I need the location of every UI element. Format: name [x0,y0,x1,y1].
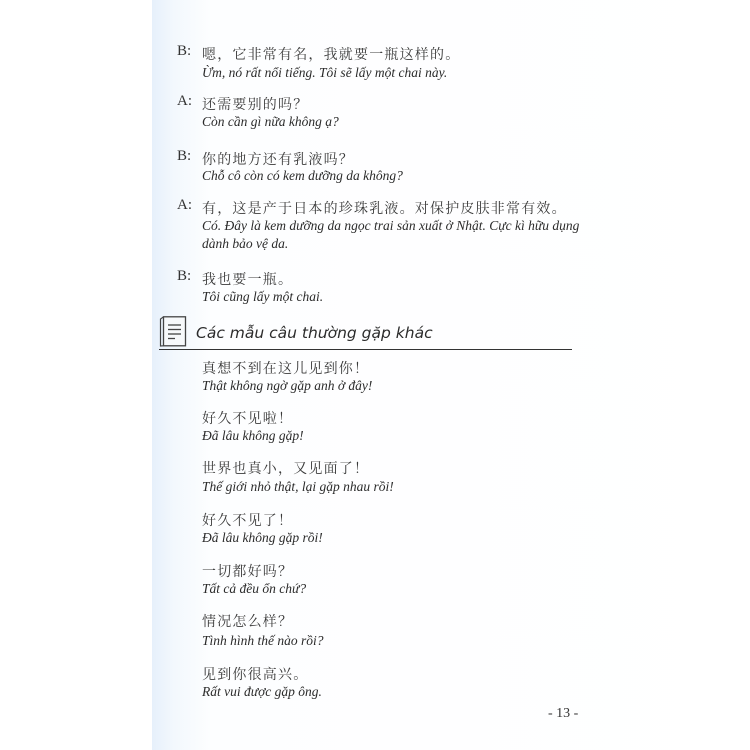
chinese-text: 好久不见了！ [202,510,293,530]
chinese-text: 嗯，它非常有名，我就要一瓶这样的。 [202,44,460,64]
vietnamese-translation: Thế giới nhỏ thật, lại gặp nhau rồi! [202,479,394,495]
chinese-text: 还需要别的吗？ [202,94,308,114]
vietnamese-translation: Tình hình thế nào rồi? [202,633,324,649]
chinese-text: 好久不见啦！ [202,408,293,428]
vietnamese-translation: Ừm, nó rất nổi tiếng. Tôi sẽ lấy một cha… [202,65,447,81]
vietnamese-translation: Đã lâu không gặp! [202,428,304,444]
section-title: Các mẫu câu thường gặp khác [196,324,433,342]
vietnamese-translation: Thật không ngờ gặp anh ở đây! [202,378,372,394]
chinese-text: 情况怎么样？ [202,611,293,631]
notebook-icon [159,316,187,347]
vietnamese-translation: Còn cần gì nữa không ạ? [202,114,339,130]
speaker-label: A: [177,93,192,110]
vietnamese-translation: Chỗ cô còn có kem dưỡng da không? [202,168,403,184]
chinese-text: 有，这是产于日本的珍珠乳液。对保护皮肤非常有效。 [202,198,567,218]
page-number: - 13 - [548,706,578,722]
chinese-text: 真想不到在这儿见到你！ [202,358,369,378]
vietnamese-translation: Đã lâu không gặp rồi! [202,530,323,546]
chinese-text: 我也要一瓶。 [202,269,293,289]
chinese-text: 一切都好吗？ [202,561,293,581]
speaker-label: B: [177,43,191,60]
book-page: B: 嗯，它非常有名，我就要一瓶这样的。 Ừm, nó rất nổi tiến… [152,0,750,750]
vietnamese-translation: Có. Đây là kem dưỡng da ngọc trai sản xu… [202,218,579,234]
vietnamese-translation: Rất vui được gặp ông. [202,684,322,700]
section-header: Các mẫu câu thường gặp khác [159,315,572,350]
vietnamese-translation: Tất cả đều ổn chứ? [202,581,306,597]
chinese-text: 世界也真小，又见面了！ [202,458,369,478]
chinese-text: 见到你很高兴。 [202,664,308,684]
vietnamese-translation-continued: dành bảo vệ da. [202,236,288,252]
speaker-label: A: [177,197,192,214]
vietnamese-translation: Tôi cũng lấy một chai. [202,289,323,305]
chinese-text: 你的地方还有乳液吗？ [202,149,354,169]
speaker-label: B: [177,148,191,165]
speaker-label: B: [177,268,191,285]
